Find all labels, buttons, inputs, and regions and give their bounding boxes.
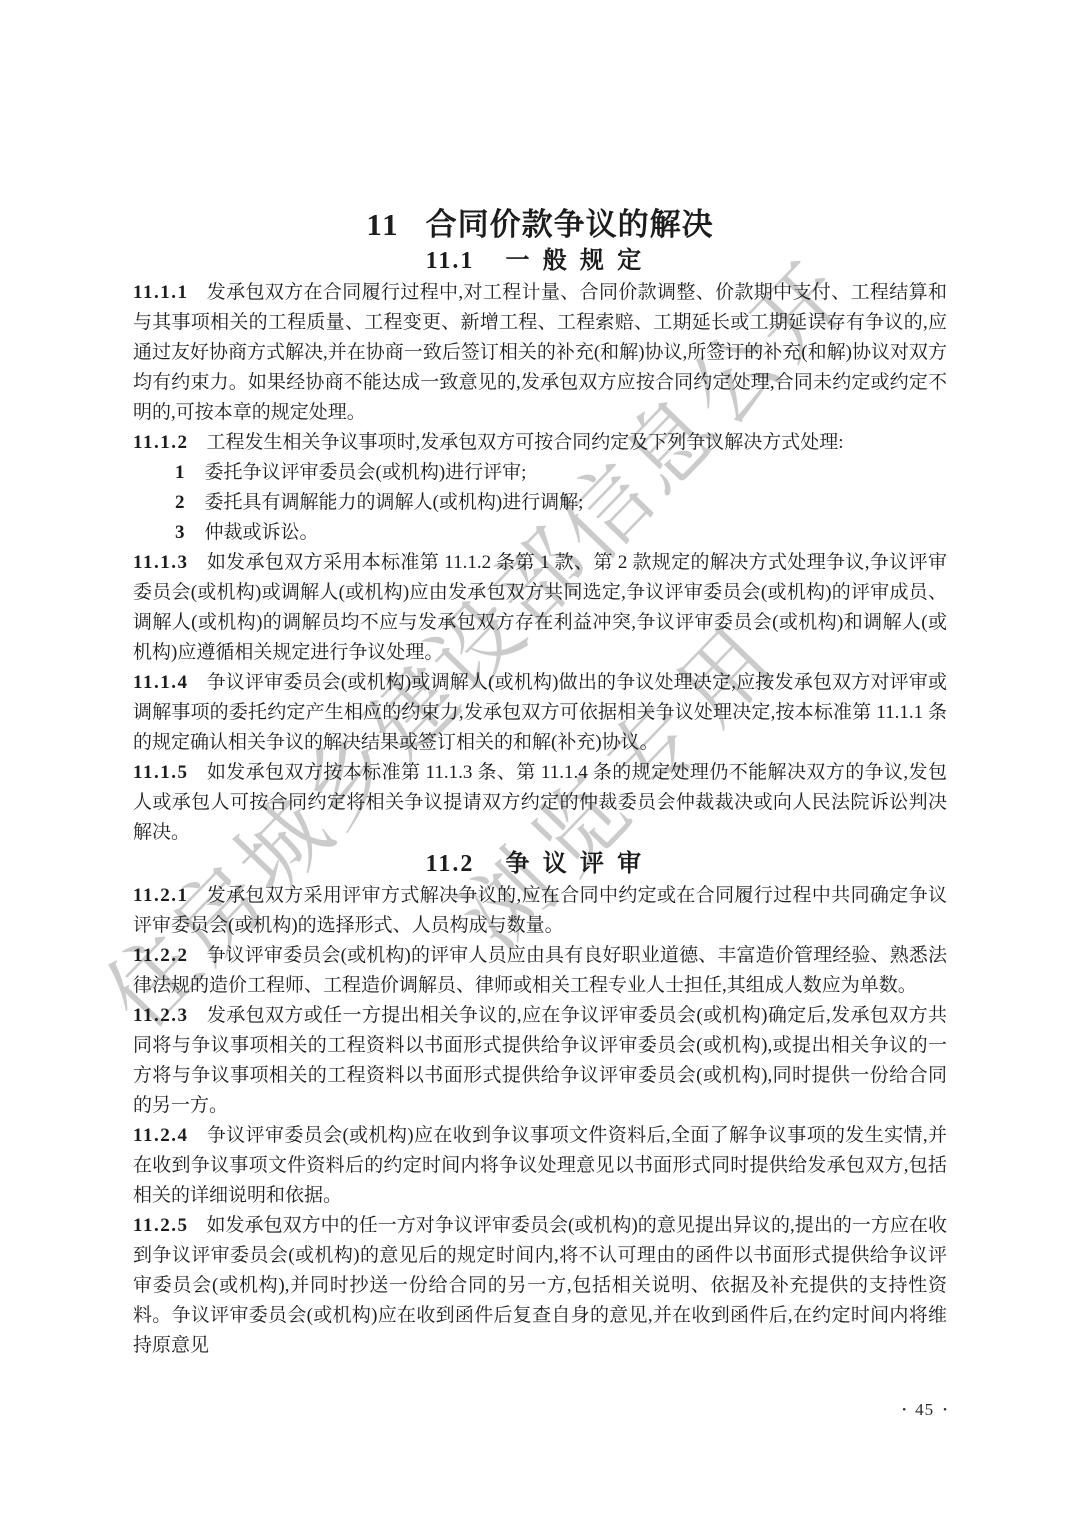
clause-11-2-2: 11.2.2争议评审委员会(或机构)的评审人员应由具有良好职业道德、丰富造价管理… xyxy=(133,941,947,1001)
clause-text: 如发承包双方中的任一方对争议评审委员会(或机构)的意见提出异议的,提出的一方应在… xyxy=(133,1215,947,1356)
clause-11-1-5: 11.1.5如发承包双方按本标准第 11.1.3 条、第 11.1.4 条的规定… xyxy=(133,758,947,848)
section-title: 争议评审 xyxy=(506,851,655,877)
section-heading-11-1: 11.1一般规定 xyxy=(133,245,947,278)
clause-11-1-2: 11.1.2工程发生相关争议事项时,发承包双方可按合同约定及下列争议解决方式处理… xyxy=(133,428,947,458)
clause-11-1-2-item-1: 1委托争议评审委员会(或机构)进行评审; xyxy=(133,458,947,488)
clause-number: 11.1.4 xyxy=(133,672,188,693)
clause-text: 争议评审委员会(或机构)应在收到争议事项文件资料后,全面了解争议事项的发生实情,… xyxy=(133,1125,947,1206)
page-content: 11合同价款争议的解决 11.1一般规定 11.1.1发承包双方在合同履行过程中… xyxy=(133,0,947,1361)
document-page: 住房城乡建设部信息公开 浏览专用 11合同价款争议的解决 11.1一般规定 11… xyxy=(0,0,1080,1529)
clause-text: 如发承包双方采用本标准第 11.1.2 条第 1 款、第 2 款规定的解决方式处… xyxy=(133,552,947,663)
clause-text: 争议评审委员会(或机构)的评审人员应由具有良好职业道德、丰富造价管理经验、熟悉法… xyxy=(133,945,947,996)
chapter-number: 11 xyxy=(366,207,399,242)
section-number: 11.1 xyxy=(426,248,475,274)
item-text: 委托争议评审委员会(或机构)进行评审; xyxy=(205,462,527,483)
clause-text: 如发承包双方按本标准第 11.1.3 条、第 11.1.4 条的规定处理仍不能解… xyxy=(133,762,947,843)
page-number: 45 xyxy=(915,1400,934,1419)
footer-left-dot: • xyxy=(902,1404,906,1416)
clause-11-1-4: 11.1.4争议评审委员会(或机构)或调解人(或机构)做出的争议处理决定,应按发… xyxy=(133,668,947,758)
clause-number: 11.2.2 xyxy=(133,945,188,966)
clause-number: 11.1.2 xyxy=(133,432,188,453)
section-title: 一般规定 xyxy=(506,248,655,274)
clause-text: 工程发生相关争议事项时,发承包双方可按合同约定及下列争议解决方式处理: xyxy=(206,432,843,453)
section-heading-11-2: 11.2争议评审 xyxy=(133,848,947,881)
clause-text: 发承包双方在合同履行过程中,对工程计量、合同价款调整、价款期中支付、工程结算和与… xyxy=(133,282,947,423)
clause-11-2-1: 11.2.1发承包双方采用评审方式解决争议的,应在合同中约定或在合同履行过程中共… xyxy=(133,881,947,941)
clause-text: 发承包双方采用评审方式解决争议的,应在合同中约定或在合同履行过程中共同确定争议评… xyxy=(133,885,947,936)
item-text: 仲裁或诉讼。 xyxy=(205,522,319,543)
clause-number: 11.2.4 xyxy=(133,1125,188,1146)
clause-11-1-1: 11.1.1发承包双方在合同履行过程中,对工程计量、合同价款调整、价款期中支付、… xyxy=(133,278,947,428)
clause-11-2-5: 11.2.5如发承包双方中的任一方对争议评审委员会(或机构)的意见提出异议的,提… xyxy=(133,1211,947,1361)
item-number: 3 xyxy=(175,522,185,543)
clause-11-2-4: 11.2.4争议评审委员会(或机构)应在收到争议事项文件资料后,全面了解争议事项… xyxy=(133,1121,947,1211)
clause-number: 11.2.3 xyxy=(133,1005,188,1026)
chapter-heading: 11合同价款争议的解决 xyxy=(133,205,947,245)
footer-right-dot: • xyxy=(943,1404,947,1416)
clause-number: 11.2.1 xyxy=(133,885,188,906)
clause-number: 11.1.3 xyxy=(133,552,188,573)
clause-number: 11.1.5 xyxy=(133,762,188,783)
clause-11-1-2-item-3: 3仲裁或诉讼。 xyxy=(133,518,947,548)
clause-11-2-3: 11.2.3发承包双方或任一方提出相关争议的,应在争议评审委员会(或机构)确定后… xyxy=(133,1001,947,1121)
clause-text: 争议评审委员会(或机构)或调解人(或机构)做出的争议处理决定,应按发承包双方对评… xyxy=(133,672,947,753)
section-number: 11.2 xyxy=(426,851,475,877)
page-footer: •45• xyxy=(902,1400,947,1420)
clause-11-1-3: 11.1.3如发承包双方采用本标准第 11.1.2 条第 1 款、第 2 款规定… xyxy=(133,548,947,668)
chapter-title: 合同价款争议的解决 xyxy=(426,207,714,242)
clause-number: 11.1.1 xyxy=(133,282,188,303)
item-text: 委托具有调解能力的调解人(或机构)进行调解; xyxy=(205,492,584,513)
item-number: 1 xyxy=(175,462,185,483)
item-number: 2 xyxy=(175,492,185,513)
clause-number: 11.2.5 xyxy=(133,1215,188,1236)
clause-11-1-2-item-2: 2委托具有调解能力的调解人(或机构)进行调解; xyxy=(133,488,947,518)
clause-text: 发承包双方或任一方提出相关争议的,应在争议评审委员会(或机构)确定后,发承包双方… xyxy=(133,1005,947,1116)
